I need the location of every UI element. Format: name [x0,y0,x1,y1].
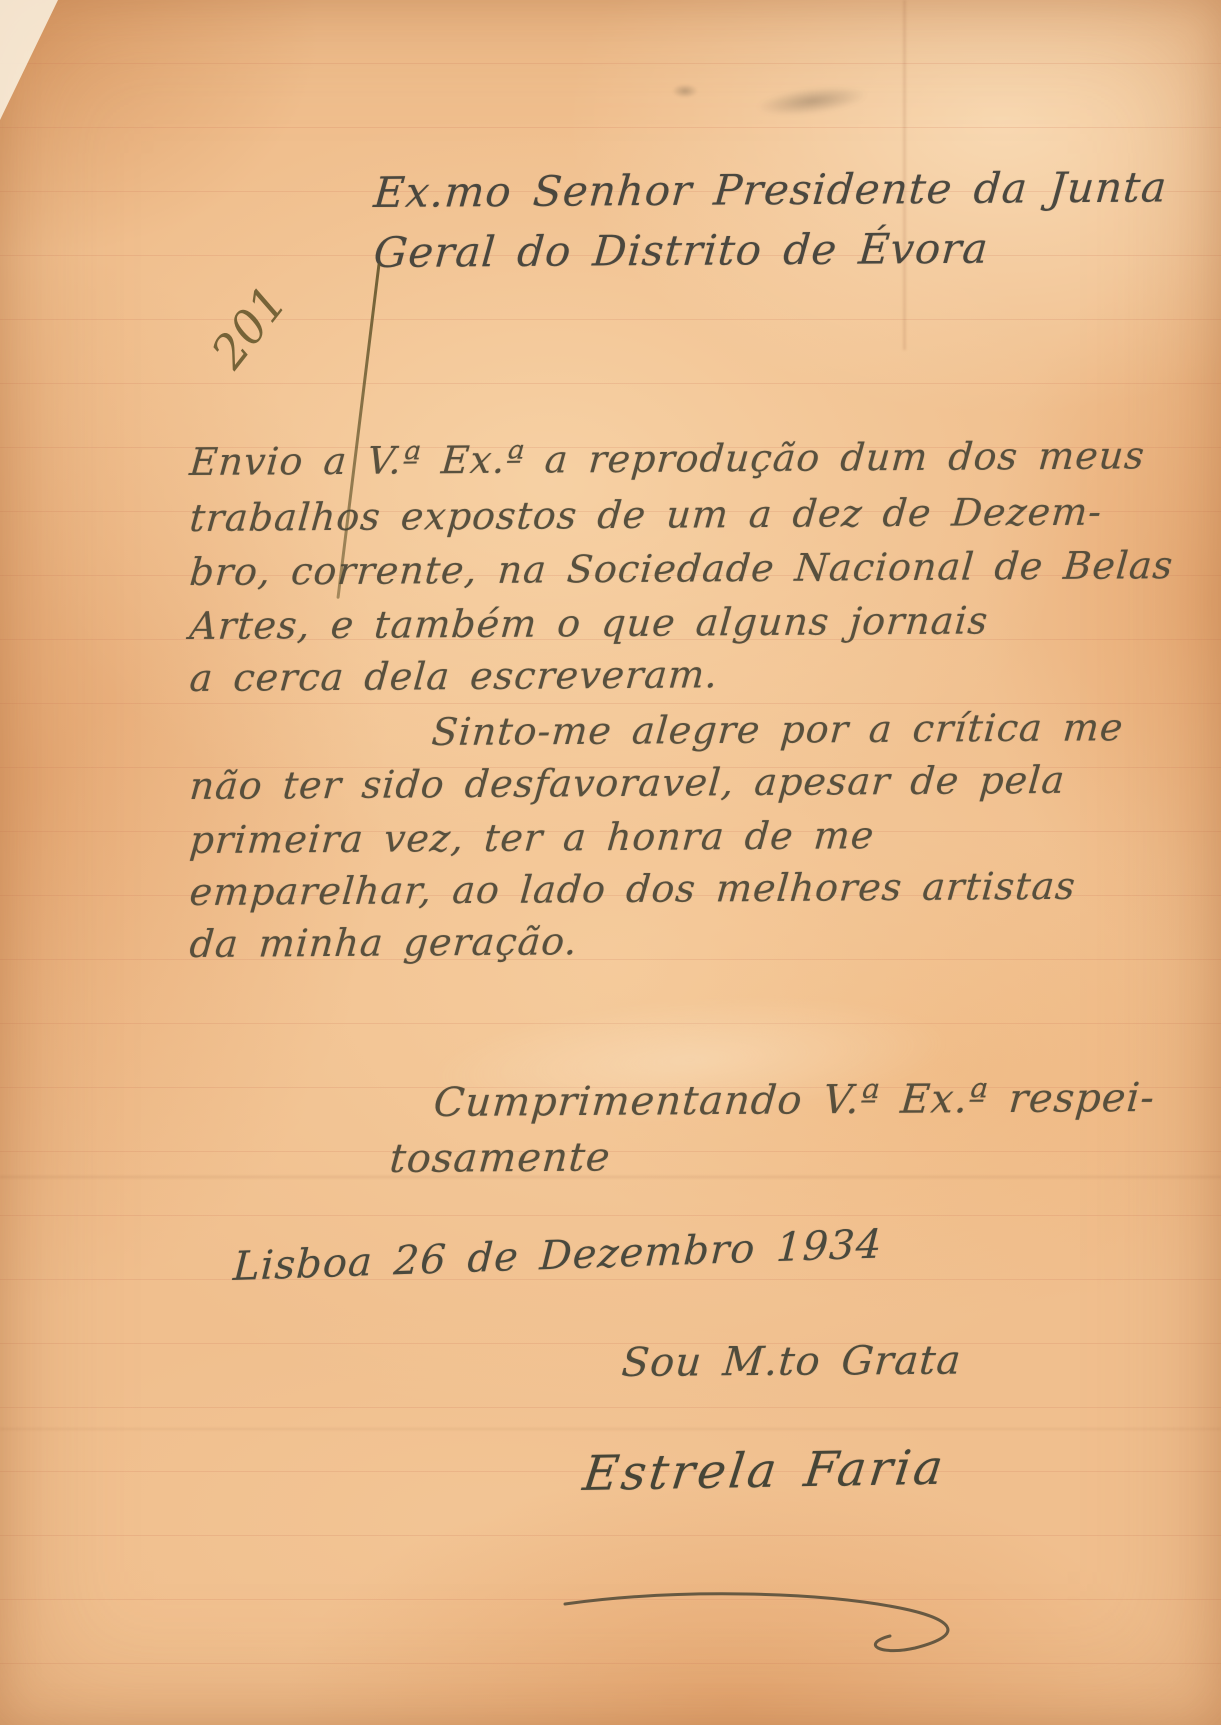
signature-flourish [560,1586,980,1656]
horizontal-fold-crease [0,1428,1221,1430]
ink-smudge [672,84,698,98]
horizontal-fold-crease [0,1176,1221,1178]
date-line: Lisboa 26 de Dezembro 1934 [232,1221,883,1290]
body-line: primeira vez, ter a honra de me [188,813,876,862]
body-line: da minha geração. [188,919,580,966]
closing-line: Cumprimentando V.ª Ex.ª respei- [432,1075,1157,1126]
margin-registry-number: 201 [201,276,298,378]
addressee-line: Ex.mo Senhor Presidente da Junta [372,162,1169,217]
body-line: Sinto-me alegre por a crítica me [430,705,1125,754]
closing-line: tosamente [388,1134,612,1182]
paper-corner-tear [0,0,58,120]
valediction-line: Sou M.to Grata [620,1338,963,1386]
body-line: Envio a V.ª Ex.ª a reprodução dum dos me… [188,433,1147,484]
addressee-line: Geral do Distrito de Évora [372,224,991,277]
body-line: não ter sido desfavoravel, apesar de pel… [188,758,1067,808]
body-line: a cerca dela escreveram. [188,652,720,700]
body-line: trabalhos expostos de um a dez de Dezem- [188,490,1104,540]
body-line: Artes, e também o que alguns jornais [188,598,990,648]
letter-scan: Ex.mo Senhor Presidente da Junta Geral d… [0,0,1221,1725]
signature: Estrela Faria [580,1440,949,1502]
body-line: bro, corrente, na Sociedade Nacional de … [188,543,1175,594]
ink-smudge [755,81,869,120]
body-line: emparelhar, ao lado dos melhores artista… [188,864,1078,914]
